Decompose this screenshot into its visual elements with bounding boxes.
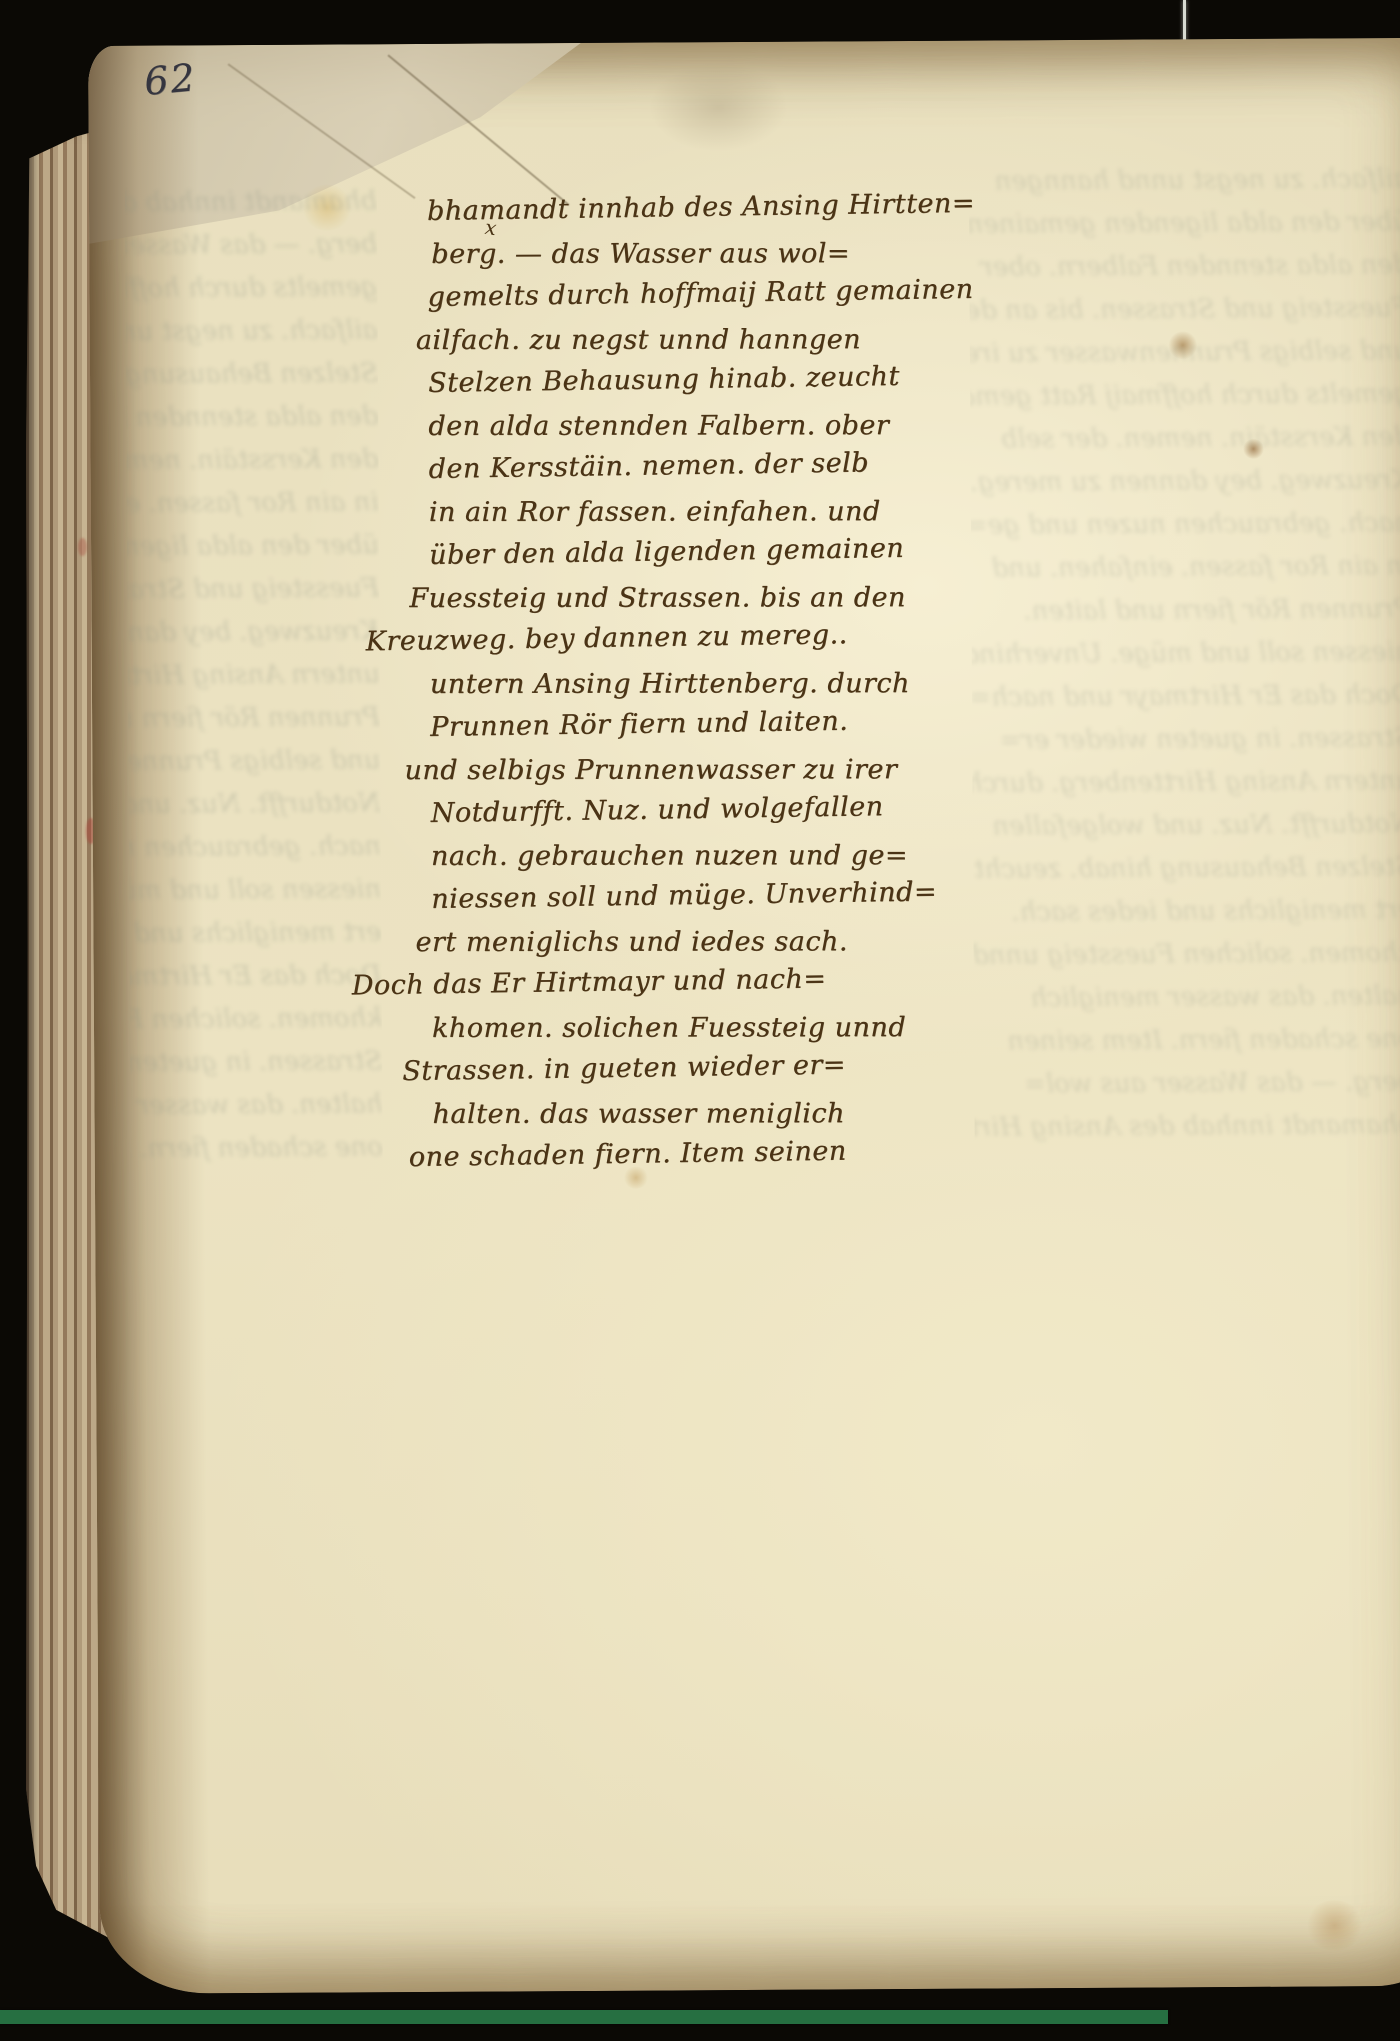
text-line: Stelzen Behausung hinab. zeucht bbox=[428, 353, 1049, 405]
edge-red-fleck bbox=[78, 538, 87, 556]
manuscript-photo: bhamandt innhab des Ansing Hirtten= berg… bbox=[0, 0, 1400, 2041]
text-line: Strassen. in gueten wieder er= bbox=[402, 1040, 1053, 1093]
text-line: den Kersstäin. nemen. der selb bbox=[428, 439, 1049, 491]
paper-stain bbox=[1304, 1900, 1364, 1950]
text-line: Prunnen Rör fiern und laiten. bbox=[430, 697, 1051, 749]
paper-stain bbox=[1242, 439, 1264, 459]
paper-stain bbox=[648, 62, 789, 153]
folio-number: 62 bbox=[142, 55, 198, 104]
calibration-strip bbox=[0, 2010, 1168, 2024]
manuscript-leaf: bhamandt innhab des Ansing Hirtten= berg… bbox=[88, 38, 1400, 1994]
manuscript-text-block: x bhamandt innhab des Ansing Hirtten= be… bbox=[427, 186, 1053, 1179]
text-line: bhamandt innhab des Ansing Hirtten= bbox=[427, 181, 1048, 233]
text-line: niessen soll und müge. Unverhind= bbox=[431, 869, 1052, 921]
text-line: Notdurfft. Nuz. und wolgefallen bbox=[430, 783, 1051, 835]
text-line: gemelts durch hoffmaij Ratt gemainen bbox=[427, 267, 1048, 319]
manuscript-lines: bhamandt innhab des Ansing Hirtten= berg… bbox=[427, 186, 1053, 1179]
text-line: über den alda ligenden gemainen bbox=[429, 525, 1050, 577]
text-line: Doch das Er Hirtmayr und nach= bbox=[351, 954, 1052, 1007]
text-line: Kreuzweg. bey dannen zu mereg.. bbox=[365, 610, 1050, 663]
paper-stain bbox=[1168, 331, 1198, 359]
gutter-shadow bbox=[88, 45, 210, 1994]
text-line: one schaden fiern. Item seinen bbox=[408, 1127, 1053, 1180]
